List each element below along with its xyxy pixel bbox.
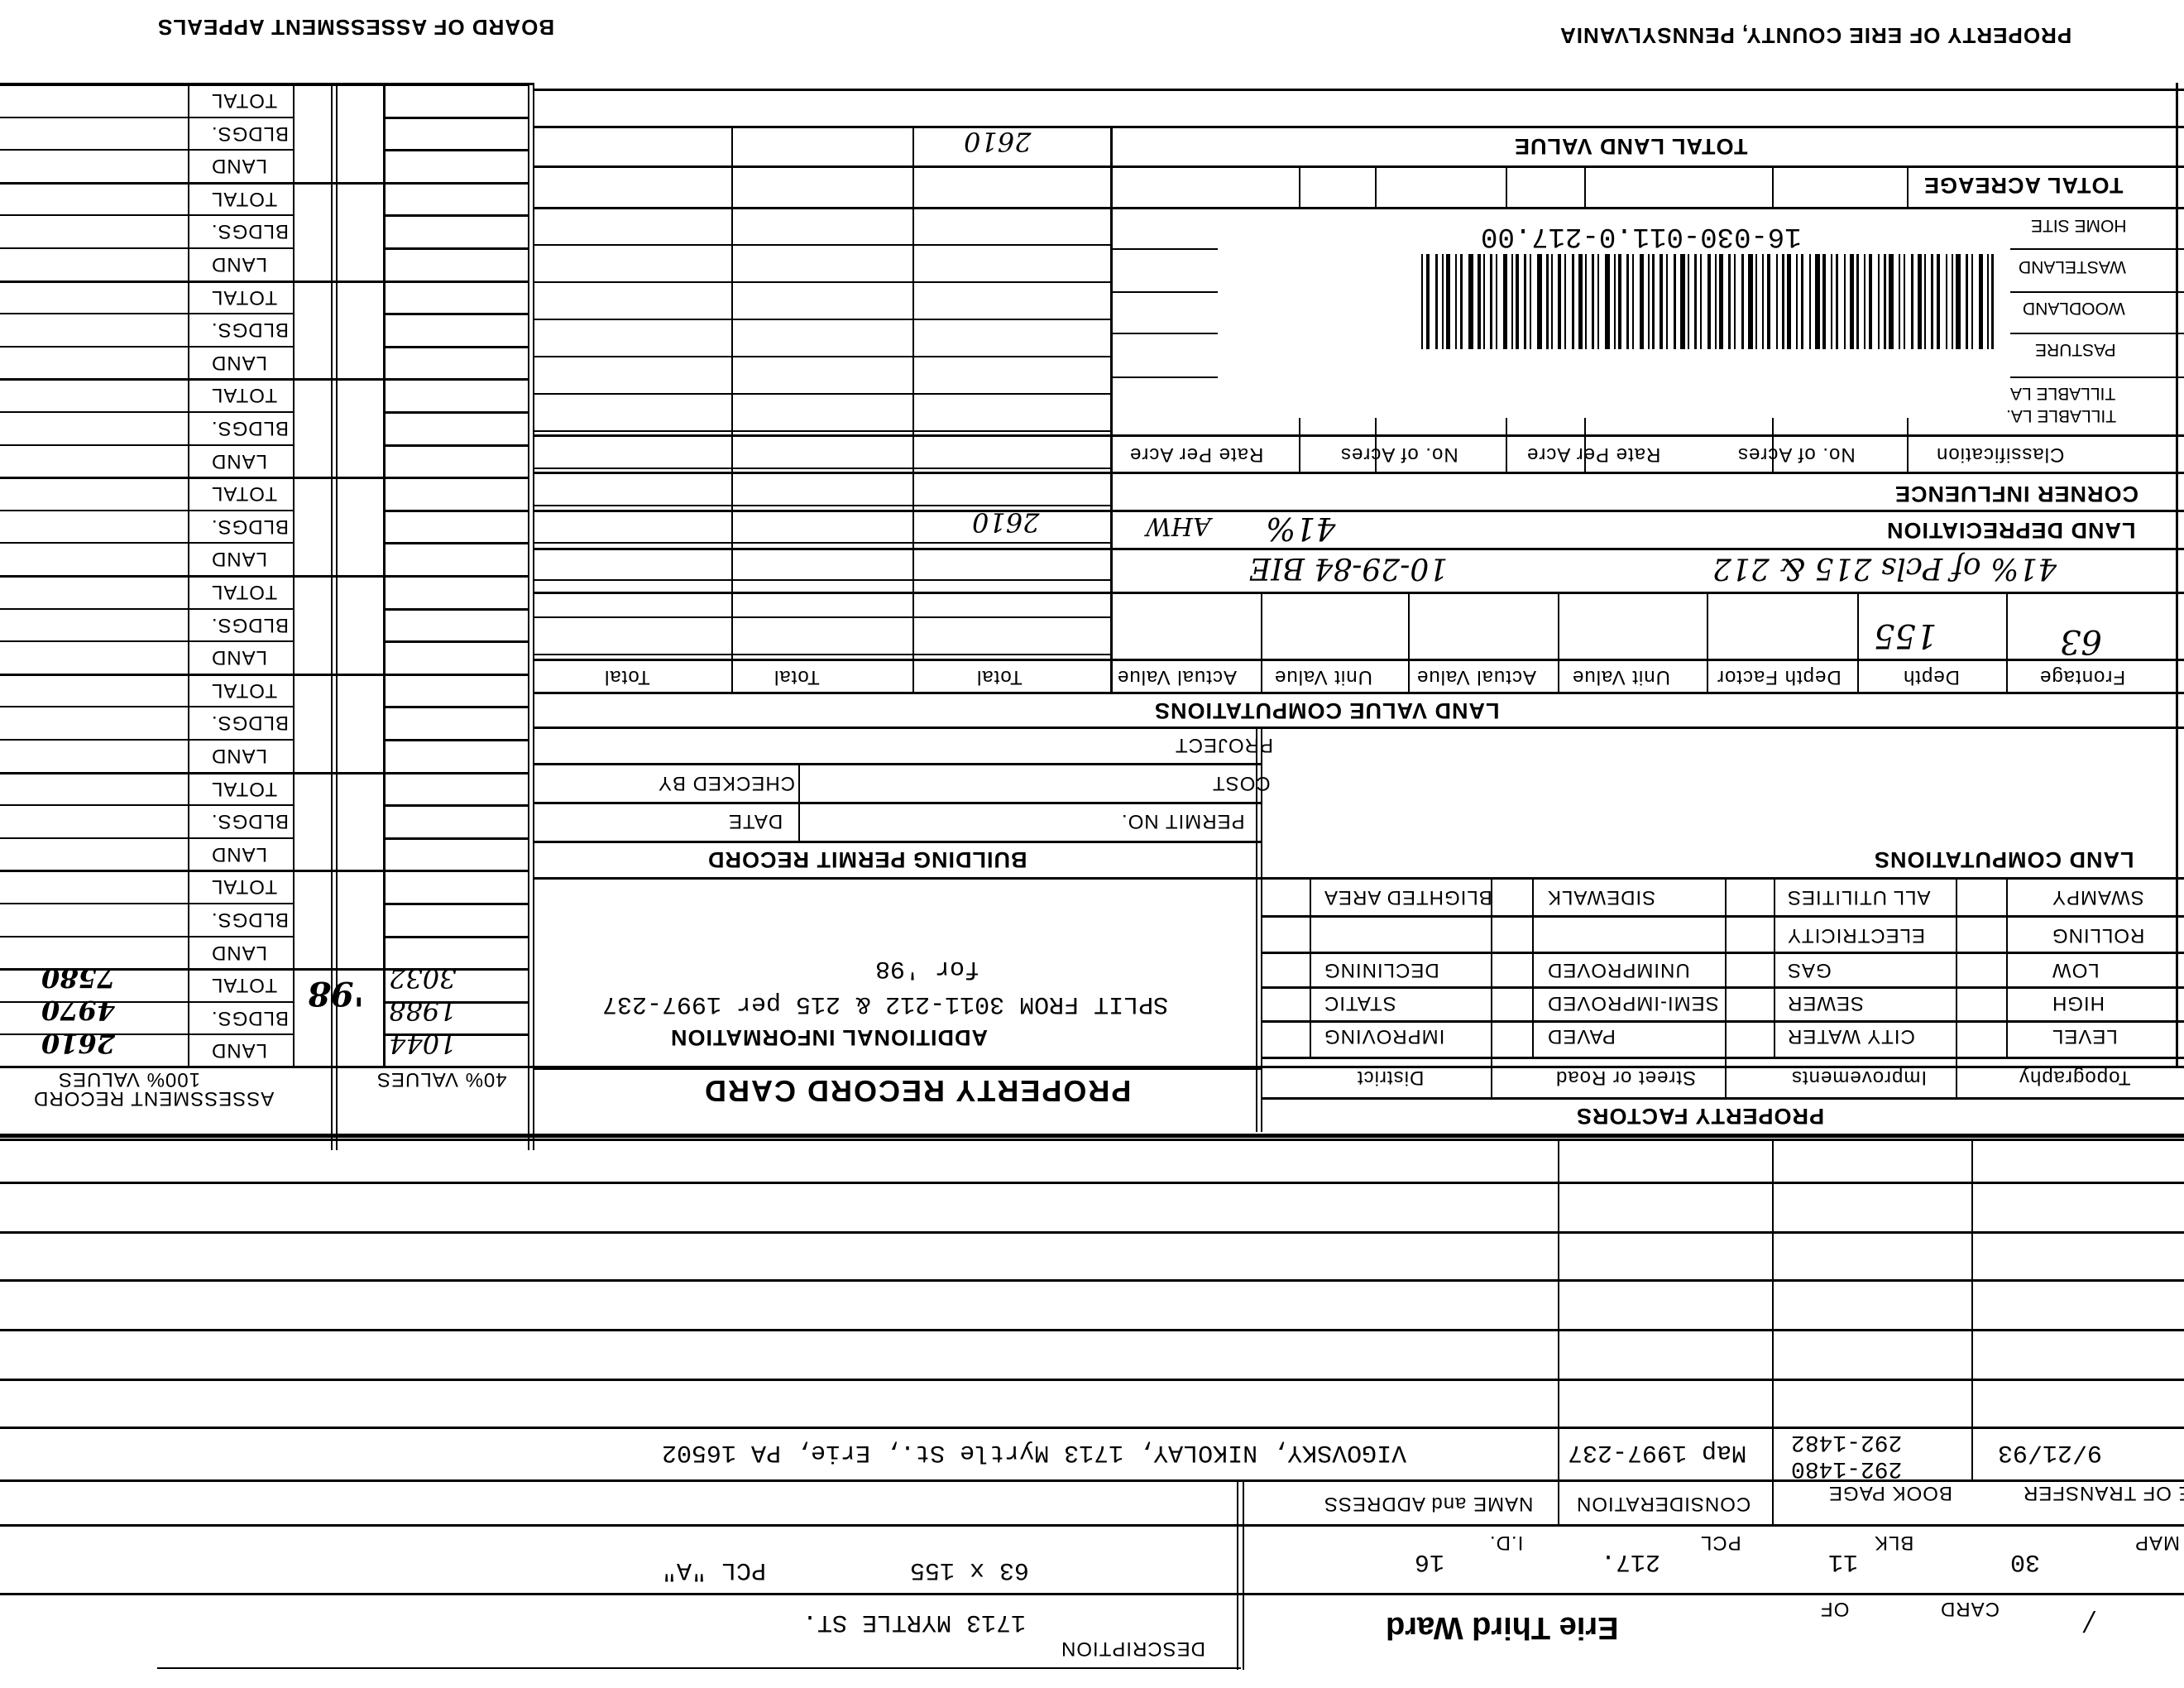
transfer-book-page-2: 292-1482	[1791, 1430, 1902, 1453]
additional-info-title: ADDITIONAL INFORMATION	[670, 1026, 988, 1048]
board-of-appeals-title: BOARD OF ASSESSMENT APPEALS	[157, 17, 554, 38]
acres-header-1: No. of Acres	[1737, 444, 1856, 464]
card-mark: /	[2085, 1609, 2094, 1636]
assessment-row-label: TOTAL	[211, 189, 277, 209]
lvc-depth-factor: Depth Factor	[1717, 667, 1842, 687]
assessment-row-label: TOTAL	[211, 385, 277, 405]
pcl-value: 217.	[1601, 1549, 1660, 1574]
pf-header-district: District	[1357, 1067, 1424, 1087]
assessment-row-label: BLDGS.	[211, 909, 289, 929]
property-factor-cell: SEWER	[1787, 993, 1864, 1013]
map-label: MAP	[2134, 1532, 2180, 1552]
total-land-value-amount: 2610	[964, 128, 1031, 155]
pcl-label: PCL	[1700, 1532, 1741, 1552]
land-type-woodland: WOODLAND	[2023, 300, 2125, 317]
property-factor-cell: GAS	[1787, 960, 1832, 980]
property-factor-cell: UNIMPROVED	[1547, 960, 1690, 980]
total-acreage-label: TOTAL ACREAGE	[1923, 174, 2124, 196]
depreciation-date: 10-29-84 BIE	[1249, 553, 1448, 583]
lvc-unit-value-1: Unit Value	[1572, 667, 1670, 687]
building-permit-title: BUILDING PERMIT RECORD	[707, 848, 1027, 870]
assessment-row-label: TOTAL	[211, 876, 277, 896]
property-factor-cell: LEVEL	[2052, 1026, 2118, 1046]
land-type-tillable-1: TILLABLE LA	[2010, 385, 2115, 402]
assessment-row-label: TOTAL	[211, 483, 277, 503]
lvc-actual-value-2: Actual Value	[1117, 667, 1237, 687]
property-factor-cell: IMPROVING	[1324, 1026, 1444, 1046]
lvc-total-2: Total	[773, 667, 820, 687]
lvc-total-1: Total	[976, 667, 1023, 687]
assessment-row-label: TOTAL	[211, 779, 277, 798]
assessment-row-label: LAND	[211, 352, 267, 372]
id-label: I.D.	[1489, 1532, 1523, 1552]
col-40-values: 40% VALUES	[376, 1069, 507, 1089]
permit-no-label: PERMIT NO.	[1121, 811, 1245, 831]
property-factor-cell: SEMI-IMPROVED	[1547, 993, 1719, 1013]
lvc-depth-value: 155	[1874, 619, 1937, 652]
land-depreciation-label: LAND DEPRECIATION	[1886, 519, 2136, 541]
assessment-row-label: LAND	[211, 549, 267, 568]
assessment-row-label: BLDGS.	[211, 516, 289, 536]
property-record-card-title: PROPERTY RECORD CARD	[703, 1076, 1131, 1105]
assessment-row-label: TOTAL	[211, 680, 277, 700]
permit-cost-label: COST	[1212, 773, 1271, 793]
transfer-name-address: VIGOVSKY, NIKOLAY, 1713 Myrtle St., Erie…	[662, 1440, 1406, 1465]
assessment-row-label: LAND	[211, 156, 267, 175]
transfer-date: 9/21/93	[1998, 1440, 2102, 1465]
permit-checked-by-label: CHECKED BY	[658, 773, 795, 793]
property-factor-cell: ELECTRICITY	[1787, 925, 1925, 945]
col-100-values: 100% VALUES	[58, 1069, 200, 1089]
assessment-row-label: LAND	[211, 942, 267, 962]
assessment-row-label: BLDGS.	[211, 221, 289, 241]
permit-project-label: PROJECT	[1175, 735, 1273, 755]
assessment-row-label: TOTAL	[211, 90, 277, 110]
transfer-header-name-address: NAME and ADDRESS	[1324, 1494, 1533, 1513]
assessment-row-label: BLDGS.	[211, 811, 289, 831]
property-factor-cell: ALL UTILITIES	[1787, 887, 1931, 907]
assessment-row-label: BLDGS.	[211, 1008, 289, 1028]
bldgs-40-value: 1988	[389, 997, 456, 1024]
land-type-tillable-2: TILLABLE LA.	[2006, 407, 2116, 424]
depreciation-initials: AHW	[1146, 513, 1211, 538]
description-address: 1713 MYRTLE ST.	[802, 1609, 1026, 1634]
pf-header-topography: Topography	[2019, 1067, 2130, 1087]
transfer-header-book-page: BOOK PAGE	[1828, 1483, 1952, 1503]
property-factor-cell: SIDEWALK	[1547, 887, 1655, 907]
bldgs-100-value: 4970	[41, 997, 115, 1024]
assessment-row-label: LAND	[211, 647, 267, 667]
property-factor-cell: PAVED	[1547, 1026, 1616, 1046]
ward-name: Erie Third Ward	[1386, 1612, 1619, 1643]
acres-header-2: No. of Acres	[1340, 444, 1458, 464]
total-40-value: 3032	[389, 965, 456, 991]
total-land-value-label: TOTAL LAND VALUE	[1514, 135, 1748, 157]
land-type-wasteland: WASTELAND	[2019, 258, 2126, 276]
total-100-value: 7580	[41, 965, 115, 991]
assessment-record-title: ASSESSMENT RECORD	[33, 1088, 274, 1108]
assessment-row-label: LAND	[211, 254, 267, 274]
property-factor-cell: SWAMPY	[2052, 887, 2144, 907]
parcel-barcode	[1336, 254, 1994, 349]
transfer-consideration: Map 1997-237	[1568, 1440, 1746, 1465]
description-label: DESCRIPTION	[1061, 1638, 1205, 1658]
blk-value: 11	[1828, 1549, 1858, 1574]
additional-info-line1: SPLIT FROM 3011-212 & 215 per 1997-237	[602, 991, 1168, 1016]
id-value: 16	[1415, 1549, 1444, 1574]
pf-header-street-road: Street or Road	[1555, 1067, 1696, 1087]
rate-header-1: Rate Per Acre	[1526, 444, 1660, 464]
land-100-value: 2610	[41, 1030, 115, 1057]
property-factor-cell: DECLINING	[1324, 960, 1439, 980]
assessment-row-label: LAND	[211, 1040, 267, 1060]
assessment-row-label: TOTAL	[211, 975, 277, 995]
property-factor-cell: STATIC	[1324, 993, 1396, 1013]
description-parcel-note: PCL "A"	[662, 1557, 766, 1582]
lvc-total-3: Total	[604, 667, 650, 687]
assessment-row-label: BLDGS.	[211, 418, 289, 438]
land-value-computations-title: LAND VALUE COMPUTATIONS	[1154, 699, 1499, 722]
land-type-pasture: PASTURE	[2035, 341, 2116, 358]
permit-date-label: DATE	[728, 811, 783, 831]
depreciation-value: 2610	[972, 509, 1039, 535]
assessment-row-label: LAND	[211, 844, 267, 864]
property-factor-cell: ROLLING	[2052, 925, 2144, 945]
assessment-row-label: BLDGS.	[211, 319, 289, 339]
assessment-row-label: BLDGS.	[211, 615, 289, 635]
lvc-frontage: Frontage	[2039, 667, 2125, 687]
lvc-depth: Depth	[1903, 667, 1960, 687]
map-value: 30	[2010, 1549, 2040, 1574]
lvc-actual-value-1: Actual Value	[1416, 667, 1536, 687]
classification-header: Classification	[1936, 444, 2064, 464]
assessment-row-label: TOTAL	[211, 287, 277, 307]
card-of-label: OF	[1820, 1599, 1849, 1618]
corner-influence-label: CORNER INFLUENCE	[1894, 482, 2138, 505]
depreciation-note: 41% of Pcls 215 & 212	[1712, 553, 2057, 583]
property-factor-cell: CITY WATER	[1787, 1026, 1915, 1046]
rate-header-2: Rate Per Acre	[1129, 444, 1263, 464]
transfer-header-consideration: CONSIDERATION	[1576, 1494, 1751, 1513]
property-factors-title: PROPERTY FACTORS	[1576, 1105, 1824, 1127]
card-label: CARD	[1940, 1599, 2000, 1618]
lvc-frontage-value: 63	[2060, 625, 2102, 658]
land-40-value: 1044	[389, 1030, 456, 1057]
property-factor-cell: BLIGHTED AREA	[1324, 887, 1492, 907]
assessment-row-label: LAND	[211, 746, 267, 765]
land-computations-title: LAND COMPUTATIONS	[1874, 848, 2134, 870]
depreciation-pct: 41%	[1266, 513, 1335, 544]
transfer-header-date: DATE OF TRANSFER	[2023, 1483, 2184, 1503]
property-factor-cell: HIGH	[2052, 993, 2105, 1013]
lvc-unit-value-2: Unit Value	[1274, 667, 1372, 687]
transfer-book-page-1: 292-1480	[1791, 1456, 1902, 1479]
assessment-row-label: BLDGS.	[211, 123, 289, 143]
pf-header-improvements: Improvements	[1791, 1067, 1927, 1087]
blk-label: BLK	[1874, 1532, 1913, 1552]
county-title: PROPERTY OF ERIE COUNTY, PENNSYLVANIA	[1559, 25, 2071, 46]
additional-info-line2: for '98	[875, 956, 979, 981]
description-dimensions: 63 x 155	[910, 1557, 1029, 1582]
assessment-row-label: BLDGS.	[211, 712, 289, 732]
property-factor-cell: LOW	[2052, 960, 2100, 980]
assessment-row-label: TOTAL	[211, 582, 277, 602]
year-stamp: '98	[308, 976, 364, 1009]
land-type-home-site: HOME SITE	[2031, 217, 2127, 234]
parcel-barcode-text: 16-030-011.0-217.00	[1481, 222, 1802, 250]
assessment-row-label: LAND	[211, 451, 267, 471]
